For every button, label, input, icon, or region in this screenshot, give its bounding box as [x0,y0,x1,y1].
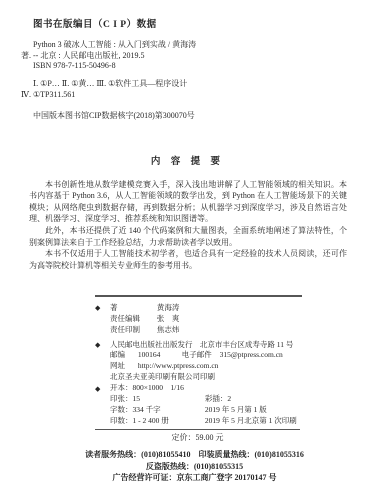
author-row: ◆ 著 黄海涛 [95,303,307,314]
author-value: 黄海涛 [157,303,180,312]
cip-section: 图书在版编目（C I P）数据 Python 3 破冰人工智能 : 从入门到实战… [0,0,375,122]
print-company: 北京圣夫亚美印刷有限公司印刷 [110,372,215,381]
diamond-bullet-icon: ◆ [95,384,100,395]
print-supervisor-value: 焦志炜 [157,325,180,334]
cip-classification-line-1: Ⅰ. ①P… Ⅱ. ①黄… Ⅲ. ①软件工具—程序设计 [33,79,375,90]
editor-value: 张 爽 [157,314,180,323]
sheets-left: 印张：15 [110,394,203,405]
footer-hotlines: 读者服务热线：(010)81055410 印装质量热线：(010)8105531… [0,449,375,483]
print-run-row: 印数：1 - 2 400 册 2019 年 5 月北京第 1 次印刷 [95,416,307,427]
antipiracy-hotline-line: 反盗版热线：(010)81055315 [14,461,375,472]
email-value: 315@ptpress.com.cn [220,350,283,359]
abstract-title: 内 容 提 要 [0,153,375,167]
abstract-paragraph-3: 本书不仅适用于人工智能技术初学者，也适合具有一定经验的技术人员阅读，还可作为高等… [29,248,347,271]
print-company-row: 北京圣夫亚美印刷有限公司印刷 [95,372,307,383]
diamond-bullet-icon: ◆ [95,340,100,351]
print-run-left: 印数：1 - 2 400 册 [110,416,203,427]
email-label: 电子邮件 [182,350,218,361]
sheets-right: 彩插：2 [205,394,231,403]
postcode-label: 邮编 [110,350,136,361]
website-row: 网址 http://www.ptpress.com.cn [95,361,307,372]
word-count-left: 字数：334 千字 [110,405,203,416]
publisher-address: 北京市丰台区成寿寺路 11 号 [200,340,293,349]
ad-license-line: 广告经营许可证：京东工商广登字 20170147 号 [14,472,375,483]
separator-rule-top [95,295,302,297]
website-value: http://www.ptpress.com.cn [138,361,219,370]
abstract-paragraph-1: 本书创新性地从数学建模竞赛入手，深入浅出地讲解了人工智能领域的相关知识。本书内容… [29,179,347,225]
publisher-row: ◆ 人民邮电出版社出版发行 北京市丰台区成寿寺路 11 号 [95,340,307,351]
diamond-bullet-icon: ◆ [95,303,100,314]
abstract-paragraph-2: 此外，本书还提供了近 140 个代码案例和大量图表，全面系统地阐述了算法特性，个… [29,225,347,248]
author-label: 著 [110,303,155,314]
cip-header: 图书在版编目（C I P）数据 [33,20,375,31]
website-label: 网址 [110,361,136,372]
word-count-row: 字数：334 千字 2019 年 5 月第 1 版 [95,405,307,416]
edition-right: 2019 年 5 月第 1 版 [205,405,267,414]
cip-isbn-line: ISBN 978-7-115-50496-8 [33,61,375,72]
colophon-section: ◆ 著 黄海涛 责任编辑 张 爽 责任印制 焦志炜 ◆ 人民邮电出版社出版发行 … [95,295,307,444]
separator-rule-bottom [95,429,300,431]
cip-classification-line-2: Ⅳ. ①TP311.561 [21,90,375,101]
editor-row: 责任编辑 张 爽 [95,314,307,325]
sheets-row: 印张：15 彩插：2 [95,394,307,405]
editor-label: 责任编辑 [110,314,155,325]
format-row: ◆ 开本：800×1000 1/16 [95,383,307,394]
publisher-label: 人民邮电出版社出版发行 [110,340,198,351]
abstract-paragraphs: 本书创新性地从数学建模竞赛入手，深入浅出地讲解了人工智能领域的相关知识。本书内容… [0,179,375,272]
format-value: 开本：800×1000 1/16 [110,383,184,392]
abstract-section: 内 容 提 要 本书创新性地从数学建模竞赛入手，深入浅出地讲解了人工智能领域的相… [0,153,375,272]
printing-right: 2019 年 5 月北京第 1 次印刷 [205,416,297,425]
service-hotline-line: 读者服务热线：(010)81055410 印装质量热线：(010)8105531… [14,449,375,460]
cip-publisher-line: 著. -- 北京 : 人民邮电出版社, 2019.5 [21,51,375,62]
print-supervisor-label: 责任印制 [110,325,155,336]
postcode-value: 100164 [138,350,180,361]
cip-title-line: Python 3 破冰人工智能 : 从入门到实战 / 黄海涛 [33,40,375,51]
price-line: 定价：59.00 元 [95,433,300,444]
book-copyright-page: 图书在版编目（C I P）数据 Python 3 破冰人工智能 : 从入门到实战… [0,0,375,487]
print-supervisor-row: 责任印制 焦志炜 [95,325,307,336]
cip-registration-number: 中国版本图书馆CIP数据核字(2018)第300070号 [33,111,375,122]
postcode-email-row: 邮编 100164 电子邮件 315@ptpress.com.cn [95,350,307,361]
